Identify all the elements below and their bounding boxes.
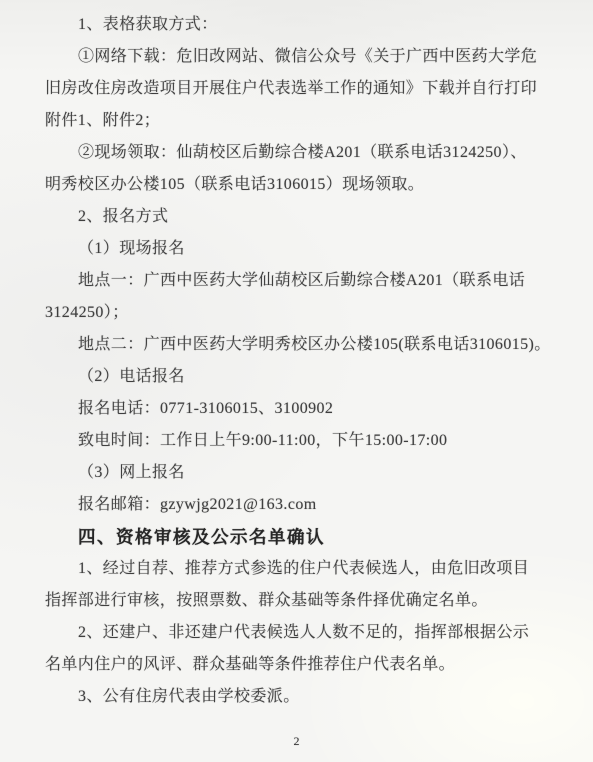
document-line: 报名电话：0771-3106015、3100902 <box>45 393 553 425</box>
document-line: 名单内住户的风评、群众基础等条件推荐住户代表名单。 <box>45 649 553 681</box>
document-line: 2、还建户、非还建户代表候选人人数不足的，指挥部根据公示 <box>45 617 553 649</box>
document-line: 2、报名方式 <box>45 201 553 233</box>
scanned-document-page: { "page": { "background": "#f5f5f3", "te… <box>0 0 593 762</box>
document-line: 3124250）； <box>45 297 553 329</box>
document-line: 地点二：广西中医药大学明秀校区办公楼105(联系电话3106015)。 <box>45 329 553 361</box>
document-line: （3）网上报名 <box>45 457 553 489</box>
document-line: ②现场领取：仙葫校区后勤综合楼A201（联系电话3124250）、 <box>45 137 553 169</box>
page-number: 2 <box>0 734 593 749</box>
document-line: ①网络下载：危旧改网站、微信公众号《关于广西中医药大学危 <box>45 41 553 73</box>
document-line: （1）现场报名 <box>45 233 553 265</box>
document-line: 3、公有住房代表由学校委派。 <box>45 681 553 713</box>
document-line: 1、表格获取方式： <box>45 9 553 41</box>
document-line: 报名邮箱：gzywjg2021@163.com <box>45 489 553 521</box>
document-line: 明秀校区办公楼105（联系电话3106015）现场领取。 <box>45 169 553 201</box>
document-body: 1、表格获取方式：①网络下载：危旧改网站、微信公众号《关于广西中医药大学危旧房改… <box>45 9 553 713</box>
document-line: （2）电话报名 <box>45 361 553 393</box>
document-line: 附件1、附件2； <box>45 105 553 137</box>
document-line: 四、资格审核及公示名单确认 <box>45 521 553 553</box>
document-line: 地点一：广西中医药大学仙葫校区后勤综合楼A201（联系电话 <box>45 265 553 297</box>
document-line: 致电时间：工作日上午9:00-11:00，下午15:00-17:00 <box>45 425 553 457</box>
document-line: 指挥部进行审核，按照票数、群众基础等条件择优确定名单。 <box>45 585 553 617</box>
document-line: 1、经过自荐、推荐方式参选的住户代表候选人，由危旧改项目 <box>45 553 553 585</box>
document-line: 旧房改住房改造项目开展住户代表选举工作的通知》下载并自行打印 <box>45 73 553 105</box>
